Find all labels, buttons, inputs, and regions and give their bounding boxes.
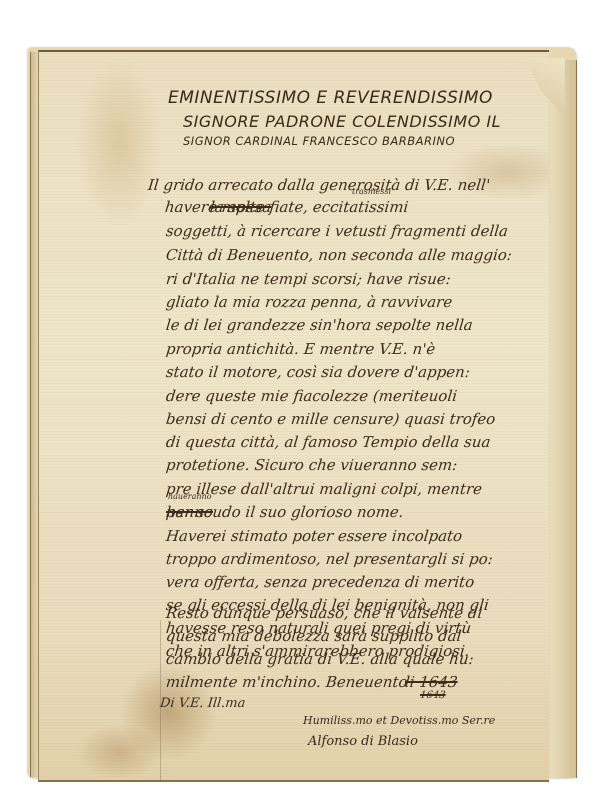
body-line: stato il motore, così sia dovere d'appen… — [165, 363, 471, 381]
body-line: soggetti, à ricercare i vetusti fragment… — [165, 222, 509, 240]
heading-line-2: SIGNORE PADRONE COLENDISSIMO IL — [183, 112, 501, 131]
insertion-note: haueranno — [168, 492, 212, 501]
body-line: questa mia debolezza sarà supplito dal — [165, 627, 462, 645]
body-line: per scudo il suo glorioso nome. — [165, 503, 404, 521]
insertion-note: trasmessi — [352, 187, 391, 196]
body-line: Città di Beneuento, non seconda alle mag… — [165, 246, 513, 264]
body-line: Haverei stimato poter essere incolpato — [165, 527, 463, 545]
body-line: dere queste mie fiacolezze (meriteuoli — [165, 387, 458, 405]
heading-line-3: SIGNOR CARDINAL FRANCESCO BARBARINO — [183, 134, 455, 148]
body-line: protetione. Sicuro che viueranno sem: — [165, 456, 458, 474]
signature-name: Alfonso di Blasio — [308, 734, 418, 749]
body-line: Il grido arrecato dalla generosità di V.… — [147, 176, 491, 194]
body-line: le di lei grandezze sin'hora sepolte nel… — [165, 316, 474, 334]
heading-line-1: EMINENTISSIMO E REVERENDISSIMO — [168, 88, 493, 108]
body-line: ri d'Italia ne tempi scorsi; have risue: — [165, 270, 452, 288]
body-line: vera offerta, senza precedenza di merito — [165, 573, 475, 591]
body-line: troppo ardimentoso, nel presentargli si … — [165, 550, 494, 568]
body-line: cambio della gratia di V.E. alla quale h… — [165, 650, 475, 668]
signature-line-1: Humiliss.mo et Devotiss.mo Ser.re — [303, 714, 495, 727]
body-line: di questa città, al famoso Tempio della … — [165, 433, 491, 451]
body-line: havere molte fiate, eccitatissimi — [164, 198, 409, 216]
body-line: milmente m'inchino. Beneuento — [165, 673, 408, 691]
closing-address: Di V.E. Ill.ma — [159, 696, 246, 711]
body-line: gliato la mia rozza penna, à ravvivare — [165, 293, 453, 311]
body-line: propria antichità. E mentre V.E. n'è — [165, 340, 436, 358]
struck-year: 1643 — [419, 690, 446, 701]
body-line: Resto dunque persuaso, che il valsente d… — [165, 604, 483, 622]
body-line: bensi di cento e mille censure) quasi tr… — [165, 410, 496, 428]
struck-word: la spesa — [209, 198, 272, 216]
body-line: pre illese dall'altrui maligni colpi, me… — [165, 480, 483, 498]
struck-date: li 1643 — [404, 673, 458, 691]
